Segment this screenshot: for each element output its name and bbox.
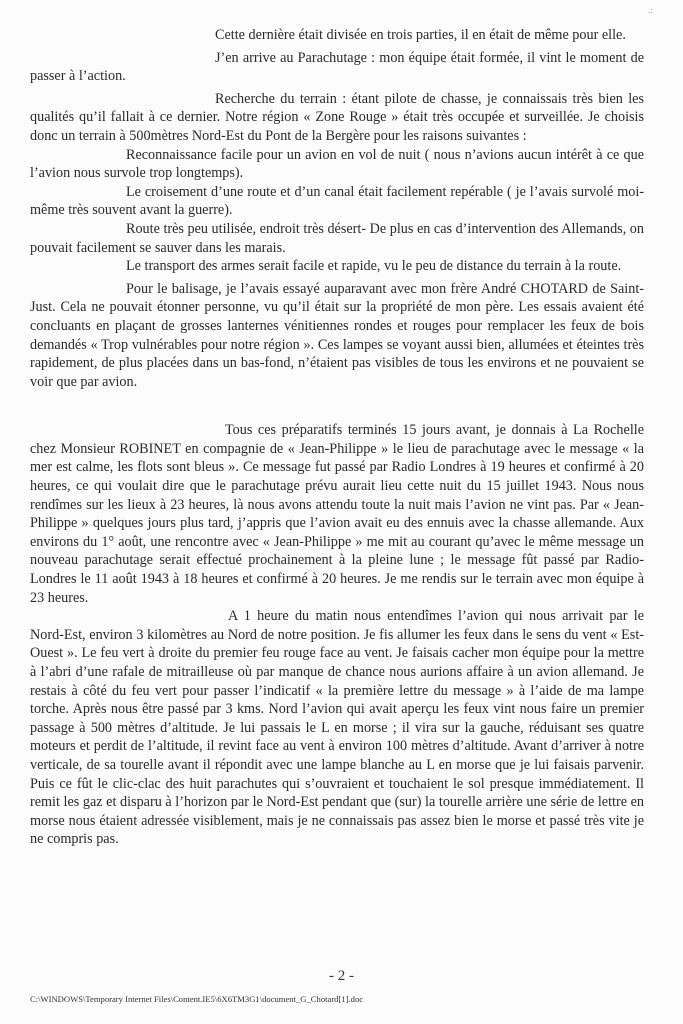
reason-3: Route très peu utilisée, endroit très dé… (30, 220, 644, 257)
paragraph-preparatifs: Tous ces préparatifs terminés 15 jours a… (30, 421, 644, 607)
reason-4: Le transport des armes serait facile et … (30, 257, 644, 276)
paragraph-balisage: Pour le balisage, je l’avais essayé aupa… (30, 280, 644, 392)
page-number: - 2 - (0, 968, 683, 985)
reason-2: Le croisement d’une route et d’un canal … (30, 183, 644, 220)
scan-speck: .: (649, 6, 653, 15)
document-body: Cette dernière était divisée en trois pa… (30, 26, 644, 849)
footer-file-path: C:\WINDOWS\Temporary Internet Files\Cont… (30, 994, 363, 1004)
scanned-page: .: Cette dernière était divisée en trois… (0, 0, 683, 1024)
paragraph-3: Recherche du terrain : étant pilote de c… (30, 90, 644, 146)
section-break (30, 391, 644, 421)
reason-1: Reconnaissance facile pour un avion en v… (30, 146, 644, 183)
paragraph-2: J’en arrive au Parachutage : mon équipe … (30, 49, 644, 86)
paragraph-1: Cette dernière était divisée en trois pa… (30, 26, 644, 45)
paragraph-parachutage: A 1 heure du matin nous entendîmes l’avi… (30, 607, 644, 849)
